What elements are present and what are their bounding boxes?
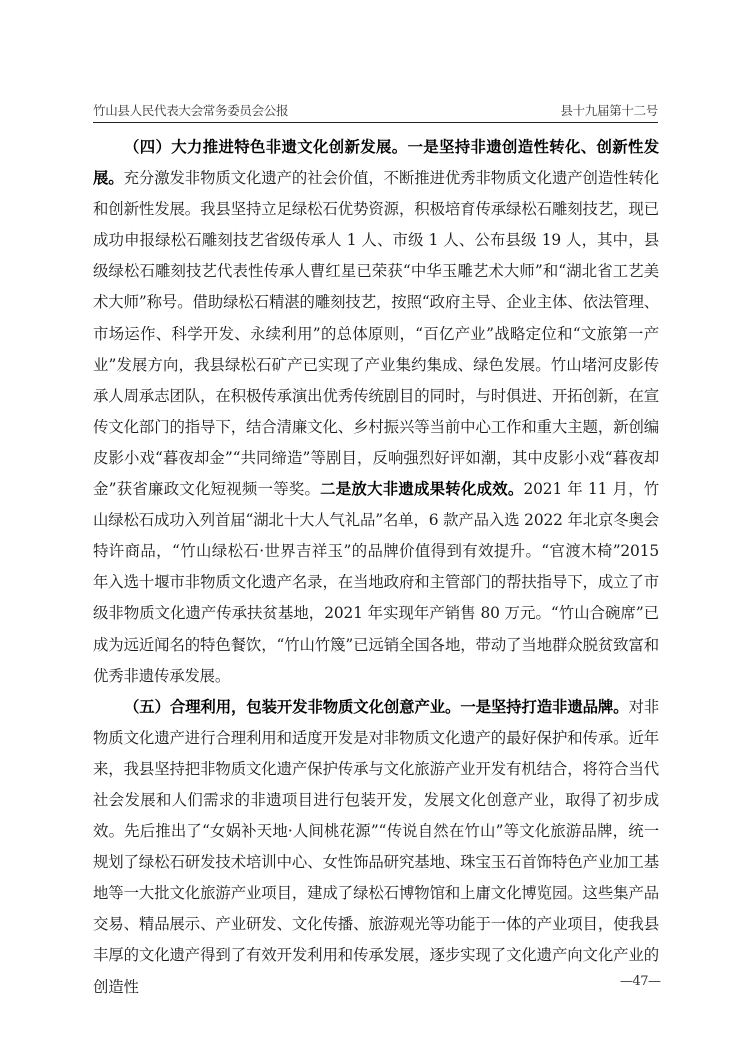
section-5-point-1-text: 对非物质文化遗产进行合理利用和适度开发是对非物质文化遗产的最好保护和传承。近年来… [93, 698, 659, 996]
section-4-heading: （四）大力推进特色非遗文化创新发展。 [124, 138, 408, 156]
section-5-heading: （五）合理利用，包装开发非物质文化创意产业。 [124, 698, 460, 716]
section-4-paragraph: （四）大力推进特色非遗文化创新发展。一是坚持非遗创造性转化、创新性发展。充分激发… [93, 132, 659, 692]
section-5-point-1-lead: 一是坚持打造非遗品牌。 [460, 698, 628, 716]
page-header: 竹山县人民代表大会常务委员会公报 县十九届第十二号 [93, 98, 658, 123]
section-5-paragraph: （五）合理利用，包装开发非物质文化创意产业。一是坚持打造非遗品牌。对非物质文化遗… [93, 692, 659, 1003]
document-body: （四）大力推进特色非遗文化创新发展。一是坚持非遗创造性转化、创新性发展。充分激发… [93, 132, 659, 1003]
page-number: —47— [620, 974, 661, 989]
section-4-point-2-lead: 二是放大非遗成果转化成效。 [320, 480, 523, 498]
bulletin-title: 竹山县人民代表大会常务委员会公报 [93, 101, 288, 119]
section-4-point-1-text: 充分激发非物质文化遗产的社会价值，不断推进优秀非物质文化遗产创造性转化和创新性发… [93, 169, 659, 498]
section-4-point-2-text: 2021 年 11 月，竹山绿松石成功入列首届“湖北十大人气礼品”名单，6 款产… [93, 480, 659, 685]
issue-number: 县十九届第十二号 [560, 101, 658, 119]
